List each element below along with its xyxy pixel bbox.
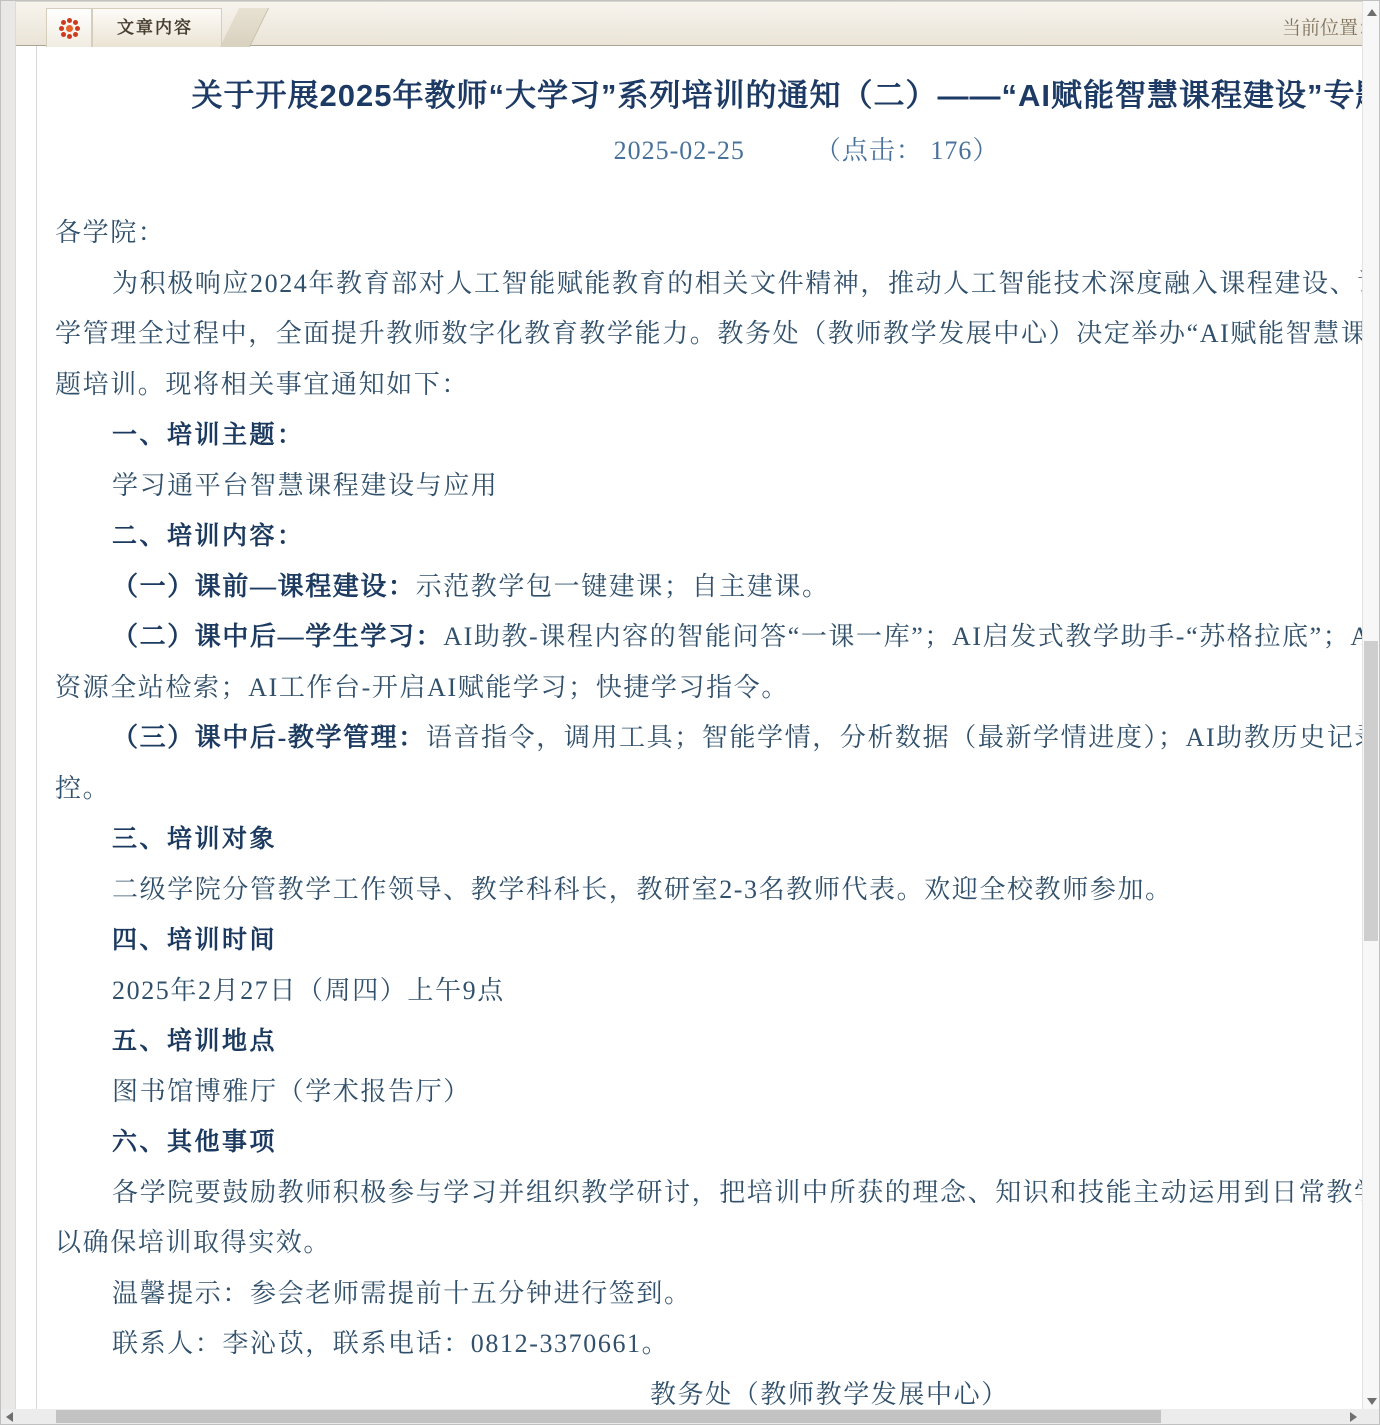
article-line: 2025年2月27日（周四）上午9点 xyxy=(37,966,1362,1017)
article-line: 学习通平台智慧课程建设与应用 xyxy=(37,461,1362,512)
article-line: 题培训。现将相关事宜通知如下： xyxy=(37,360,1362,411)
article-line: 二级学院分管教学工作领导、教学科科长，教研室2-3名教师代表。欢迎全校教师参加。 xyxy=(37,865,1362,916)
scrollbar-corner xyxy=(1362,1409,1379,1424)
article-line: 三、培训对象 xyxy=(37,814,1362,865)
article-line: 六、其他事项 xyxy=(37,1117,1362,1168)
article-heading: 二、培训内容： xyxy=(112,522,305,550)
scroll-left-icon[interactable] xyxy=(6,1412,13,1422)
article-text: （三）课中后-教学管理： xyxy=(112,723,426,752)
article-line: （二）课中后—学生学习：AI助教-课程内容的智能问答“一课一库”；AI启发式教学… xyxy=(37,612,1362,663)
article-heading: 三、培训对象 xyxy=(112,825,277,853)
article-text: 温馨提示：参会老师需提前十五分钟进行签到。 xyxy=(112,1279,692,1308)
article-text: 语音指令，调用工具；智能学情，分析数据（最新学情进度）；AI助教历史记录调 xyxy=(426,723,1362,752)
article-text: 各学院： xyxy=(55,218,165,247)
article-line: 为积极响应2024年教育部对人工智能赋能教育的相关文件精神，推动人工智能技术深度… xyxy=(37,259,1362,310)
page-viewport: 文章内容 当前位置： 关于开展2025年教师“大学习”系列培训的通知（二）——“… xyxy=(16,1,1362,1409)
tab-label: 文章内容 xyxy=(92,8,222,47)
scroll-down-icon[interactable] xyxy=(1367,1398,1377,1405)
article-line: 二、培训内容： xyxy=(37,511,1362,562)
article-heading: 六、其他事项 xyxy=(112,1128,277,1156)
article-line: 四、培训时间 xyxy=(37,915,1362,966)
article-text: （二）课中后—学生学习： xyxy=(112,622,443,651)
article-line: 各学院： xyxy=(37,208,1362,259)
article-line: （一）课前—课程建设：示范教学包一键建课；自主建课。 xyxy=(37,562,1362,613)
section-header-band: 文章内容 当前位置： xyxy=(16,1,1362,46)
article-meta: 2025-02-25（点击： 176） xyxy=(37,134,1362,168)
article-text: 2025年2月27日（周四）上午9点 xyxy=(112,976,505,1005)
horizontal-scrollbar-thumb[interactable] xyxy=(56,1410,1161,1423)
scroll-up-icon[interactable] xyxy=(1367,9,1377,16)
article-text: 以确保培训取得实效。 xyxy=(55,1228,331,1257)
article-heading: 一、培训主题： xyxy=(112,421,305,449)
article-line: 温馨提示：参会老师需提前十五分钟进行签到。 xyxy=(37,1269,1362,1320)
vertical-scrollbar-thumb[interactable] xyxy=(1364,641,1378,941)
flower-icon xyxy=(66,25,73,32)
article-line: 联系人：李沁苡，联系电话：0812-3370661。 xyxy=(37,1319,1362,1370)
article-text: （一）课前—课程建设： xyxy=(112,572,416,601)
tab-icon-box xyxy=(46,8,92,47)
article-container: 关于开展2025年教师“大学习”系列培训的通知（二）——“AI赋能智慧课程建设”… xyxy=(36,46,1362,1409)
article-line: 学管理全过程中，全面提升教师数字化教育教学能力。教务处（教师教学发展中心）决定举… xyxy=(37,309,1362,360)
article-line: 一、培训主题： xyxy=(37,410,1362,461)
article-text: 为积极响应2024年教育部对人工智能赋能教育的相关文件精神，推动人工智能技术深度… xyxy=(112,269,1362,298)
article-heading: 五、培训地点 xyxy=(112,1027,277,1055)
browser-window: 文章内容 当前位置： 关于开展2025年教师“大学习”系列培训的通知（二）——“… xyxy=(0,0,1380,1425)
article-text: 教务处（教师教学发展中心） xyxy=(650,1380,1009,1409)
article-hits: （点击： 176） xyxy=(815,136,1000,165)
article-text: 学管理全过程中，全面提升教师数字化教育教学能力。教务处（教师教学发展中心）决定举… xyxy=(55,319,1362,348)
article-line: 图书馆博雅厅（学术报告厅） xyxy=(37,1067,1362,1118)
tab-article-content[interactable]: 文章内容 xyxy=(46,8,250,47)
article-text: 示范教学包一键建课；自主建课。 xyxy=(416,572,830,601)
article-text: 各学院要鼓励教师积极参与学习并组织教学研讨，把培训中所获的理念、知识和技能主动运… xyxy=(112,1178,1362,1207)
page-canvas: 文章内容 当前位置： 关于开展2025年教师“大学习”系列培训的通知（二）——“… xyxy=(16,1,1362,1409)
horizontal-scrollbar[interactable] xyxy=(1,1409,1362,1424)
article-line: 各学院要鼓励教师积极参与学习并组织教学研讨，把培训中所获的理念、知识和技能主动运… xyxy=(37,1168,1362,1219)
article-text: 资源全站检索；AI工作台-开启AI赋能学习；快捷学习指令。 xyxy=(55,673,789,702)
article-line: 控。 xyxy=(37,764,1362,815)
article-text: 图书馆博雅厅（学术报告厅） xyxy=(112,1077,471,1106)
article-text: 控。 xyxy=(55,774,110,803)
article-date: 2025-02-25 xyxy=(614,136,745,165)
scroll-right-icon[interactable] xyxy=(1350,1412,1357,1422)
article-text: 题培训。现将相关事宜通知如下： xyxy=(55,370,469,399)
article-line: （三）课中后-教学管理：语音指令，调用工具；智能学情，分析数据（最新学情进度）；… xyxy=(37,713,1362,764)
left-margin-strip xyxy=(1,1,16,1409)
article-line: 资源全站检索；AI工作台-开启AI赋能学习；快捷学习指令。 xyxy=(37,663,1362,714)
article-body: 各学院：为积极响应2024年教育部对人工智能赋能教育的相关文件精神，推动人工智能… xyxy=(37,208,1362,1409)
article-text: AI助教-课程内容的智能问答“一课一库”；AI启发式教学助手-“苏格拉底”；AI… xyxy=(443,622,1362,651)
article-line: 以确保培训取得实效。 xyxy=(37,1218,1362,1269)
tab-slant-edge xyxy=(220,8,269,47)
article-heading: 四、培训时间 xyxy=(112,926,277,954)
vertical-scrollbar[interactable] xyxy=(1362,1,1379,1409)
article-title: 关于开展2025年教师“大学习”系列培训的通知（二）——“AI赋能智慧课程建设”… xyxy=(37,74,1362,118)
article-text: 联系人：李沁苡，联系电话：0812-3370661。 xyxy=(112,1329,669,1358)
article-text: 二级学院分管教学工作领导、教学科科长，教研室2-3名教师代表。欢迎全校教师参加。 xyxy=(112,875,1173,904)
article-line: 教务处（教师教学发展中心） xyxy=(37,1370,1362,1410)
breadcrumb: 当前位置： xyxy=(1282,13,1362,40)
article-text: 学习通平台智慧课程建设与应用 xyxy=(112,471,498,500)
article-line: 五、培训地点 xyxy=(37,1016,1362,1067)
